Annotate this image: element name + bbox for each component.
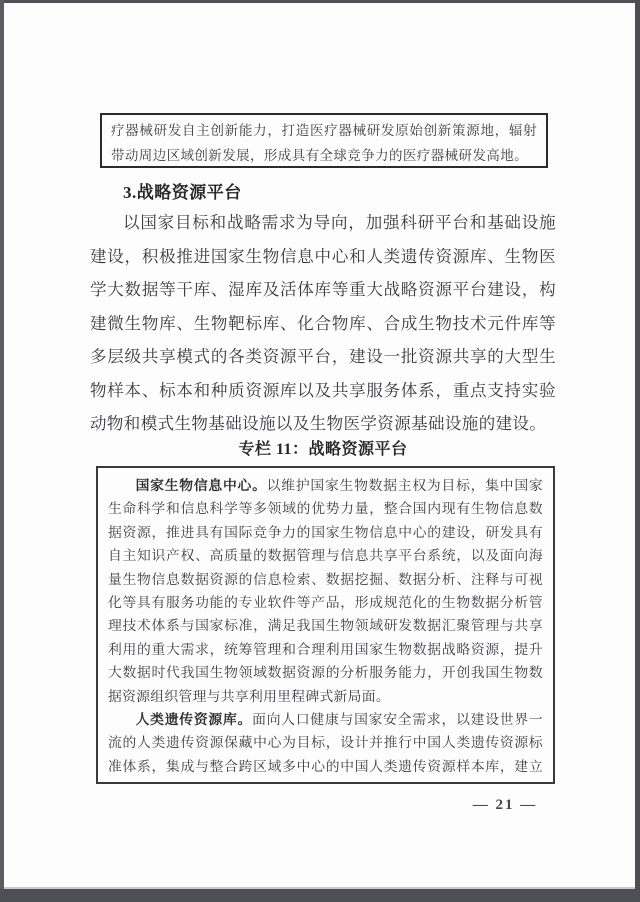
column-box-title: 专栏 11：战略资源平台: [90, 436, 556, 459]
section-paragraph: 以国家目标和战略需求为导向，加强科研平台和基础设施建设，积极推进国家生物信息中心…: [90, 206, 556, 441]
carryover-text-box: 疗器械研发自主创新能力，打造医疗器械研发原始创新策源地，辐射带动周边区域创新发展…: [100, 113, 548, 168]
column-box-paragraph-1: 国家生物信息中心。以维护国家生物数据主权为目标，集中国家生命科学和信息科学等多领…: [108, 474, 543, 708]
paragraph-lead-term: 人类遗传资源库。: [136, 712, 253, 727]
paragraph-body-text: 以维护国家生物数据主权为目标，集中国家生命科学和信息科学等多领域的优势力量，整合…: [108, 478, 543, 704]
carryover-text: 疗器械研发自主创新能力，打造医疗器械研发原始创新策源地，辐射带动周边区域创新发展…: [111, 118, 537, 168]
column-11-box: 国家生物信息中心。以维护国家生物数据主权为目标，集中国家生命科学和信息科学等多领…: [96, 466, 555, 784]
scan-edge-right: [635, 0, 640, 902]
scan-edge-bottom: [0, 889, 640, 902]
scanned-document-page: 疗器械研发自主创新能力，打造医疗器械研发原始创新策源地，辐射带动周边区域创新发展…: [0, 0, 640, 902]
section-heading: 3.战略资源平台: [123, 178, 242, 203]
scan-edge-left: [0, 0, 4, 902]
page-number: — 21 —: [455, 797, 555, 814]
paragraph-lead-term: 国家生物信息中心。: [136, 478, 267, 493]
scan-edge-top: [0, 0, 640, 3]
column-box-paragraph-2: 人类遗传资源库。面向人口健康与国家安全需求，以建设世界一流的人类遗传资源保藏中心…: [108, 708, 543, 784]
